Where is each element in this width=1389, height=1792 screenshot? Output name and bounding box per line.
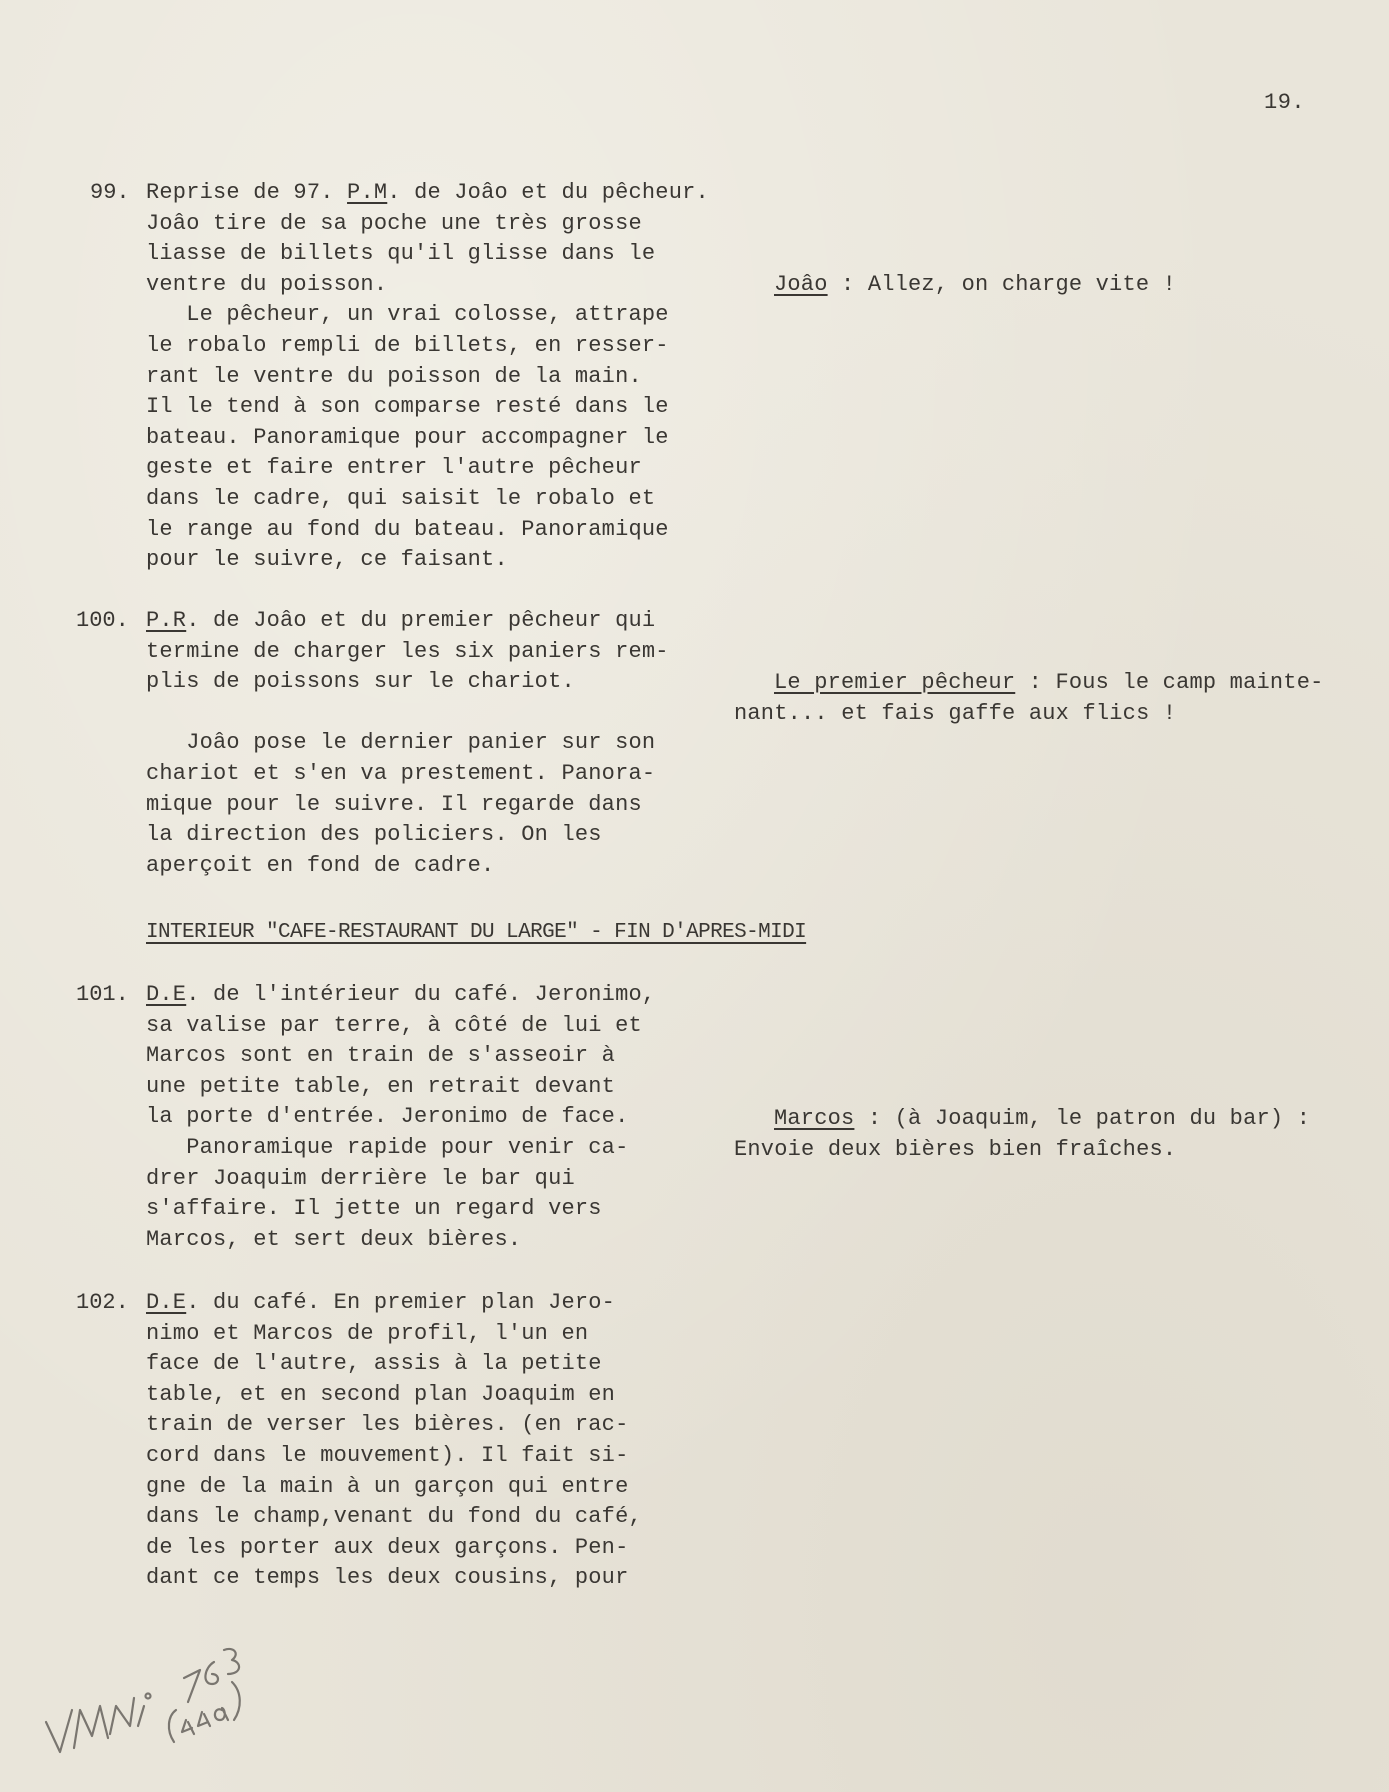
shot-101-dialogue: Marcos : (à Joaquim, le patron du bar) :… (734, 1104, 1310, 1165)
shot-102-line: cord dans le mouvement). Il fait si- (146, 1441, 642, 1472)
shot-100-line: Joâo pose le dernier panier sur son (146, 728, 669, 759)
shot-99-line: Il le tend à son comparse resté dans le (146, 392, 709, 423)
shot-102-line: de les porter aux deux garçons. Pen- (146, 1533, 642, 1564)
shot-101-line-1: D.E. de l'intérieur du café. Jeronimo, (146, 980, 655, 1011)
dialogue-line: nant... et fais gaffe aux flics ! (734, 699, 1324, 730)
shot-102-description: D.E. du café. En premier plan Jero- nimo… (146, 1288, 642, 1594)
shot-102-line: gne de la main à un garçon qui entre (146, 1472, 642, 1503)
text-segment: . du café. En premier plan Jero- (186, 1290, 615, 1315)
shot-100-line-1: P.R. de Joâo et du premier pêcheur qui (146, 606, 669, 637)
text-segment: . de Joâo et du premier pêcheur qui (186, 608, 655, 633)
shot-102-line: nimo et Marcos de profil, l'un en (146, 1319, 642, 1350)
shot-number-99: 99. (90, 178, 130, 209)
shot-101-line: sa valise par terre, à côté de lui et (146, 1011, 655, 1042)
shot-99-line: Joâo tire de sa poche une très grosse (146, 209, 709, 240)
shot-number-100: 100. (76, 606, 129, 637)
shot-100-description: P.R. de Joâo et du premier pêcheur qui t… (146, 606, 669, 881)
dialogue-line: Marcos : (à Joaquim, le patron du bar) : (734, 1104, 1310, 1135)
shot-101-line: Panoramique rapide pour venir ca- (146, 1133, 655, 1164)
shot-102-line: dant ce temps les deux cousins, pour (146, 1563, 642, 1594)
shot-99-line: geste et faire entrer l'autre pêcheur (146, 453, 709, 484)
speaker-name: Le premier pêcheur (774, 670, 1015, 695)
shot-100-dialogue: Le premier pêcheur : Fous le camp mainte… (734, 668, 1324, 729)
dialogue-text: : Allez, on charge vite ! (828, 272, 1176, 297)
shot-100-line: chariot et s'en va prestement. Panora- (146, 759, 669, 790)
shot-102-line: table, et en second plan Joaquim en (146, 1380, 642, 1411)
shot-102-line: dans le champ,venant du fond du café, (146, 1502, 642, 1533)
shot-102-line-1: D.E. du café. En premier plan Jero- (146, 1288, 642, 1319)
shot-100-line: mique pour le suivre. Il regarde dans (146, 790, 669, 821)
dialogue-text: : (à Joaquim, le patron du bar) : (854, 1106, 1310, 1131)
speaker-name: Marcos (774, 1106, 854, 1131)
shot-number-102: 102. (76, 1288, 129, 1319)
text-segment: Reprise de 97. (146, 180, 347, 205)
speaker-name: Joâo (774, 272, 828, 297)
handwritten-annotation (38, 1640, 258, 1770)
shot-99-line: dans le cadre, qui saisit le robalo et (146, 484, 709, 515)
shot-100-line: aperçoit en fond de cadre. (146, 851, 669, 882)
shot-101-line: s'affaire. Il jette un regard vers (146, 1194, 655, 1225)
section-heading: INTERIEUR "CAFE-RESTAURANT DU LARGE" - F… (146, 918, 806, 948)
abbreviation-de: D.E (146, 1290, 186, 1315)
shot-99-line-1: Reprise de 97. P.M. de Joâo et du pêcheu… (146, 178, 709, 209)
shot-99-line: le robalo rempli de billets, en resser- (146, 331, 709, 362)
abbreviation-pm: P.M (347, 180, 387, 205)
shot-101-line: une petite table, en retrait devant (146, 1072, 655, 1103)
dialogue-line: Le premier pêcheur : Fous le camp mainte… (734, 668, 1324, 699)
shot-99-line: le range au fond du bateau. Panoramique (146, 515, 709, 546)
abbreviation-de: D.E (146, 982, 186, 1007)
dialogue-text: : Fous le camp mainte- (1015, 670, 1323, 695)
page-number: 19. (1264, 90, 1305, 115)
shot-100-line (146, 698, 669, 729)
shot-number-101: 101. (76, 980, 129, 1011)
shot-101-line: la porte d'entrée. Jeronimo de face. (146, 1102, 655, 1133)
shot-102-line: train de verser les bières. (en rac- (146, 1410, 642, 1441)
dialogue-line: Joâo : Allez, on charge vite ! (774, 270, 1176, 301)
shot-101-line: Marcos, et sert deux bières. (146, 1225, 655, 1256)
shot-100-line: la direction des policiers. On les (146, 820, 669, 851)
shot-100-line: termine de charger les six paniers rem- (146, 637, 669, 668)
shot-99-line: pour le suivre, ce faisant. (146, 545, 709, 576)
shot-99-dialogue: Joâo : Allez, on charge vite ! (774, 270, 1176, 301)
abbreviation-pr: P.R (146, 608, 186, 633)
text-segment: . de Joâo et du pêcheur. (387, 180, 709, 205)
shot-101-description: D.E. de l'intérieur du café. Jeronimo, s… (146, 980, 655, 1255)
shot-101-line: Marcos sont en train de s'asseoir à (146, 1041, 655, 1072)
shot-102-line: face de l'autre, assis à la petite (146, 1349, 642, 1380)
shot-99-line: ventre du poisson. (146, 270, 709, 301)
shot-99-line: Le pêcheur, un vrai colosse, attrape (146, 300, 709, 331)
shot-99-line: rant le ventre du poisson de la main. (146, 362, 709, 393)
shot-99-line: liasse de billets qu'il glisse dans le (146, 239, 709, 270)
shot-100-line: plis de poissons sur le chariot. (146, 667, 669, 698)
shot-99-description: Reprise de 97. P.M. de Joâo et du pêcheu… (146, 178, 709, 576)
text-segment: . de l'intérieur du café. Jeronimo, (186, 982, 655, 1007)
shot-99-line: bateau. Panoramique pour accompagner le (146, 423, 709, 454)
dialogue-line: Envoie deux bières bien fraîches. (734, 1135, 1310, 1166)
shot-101-line: drer Joaquim derrière le bar qui (146, 1164, 655, 1195)
